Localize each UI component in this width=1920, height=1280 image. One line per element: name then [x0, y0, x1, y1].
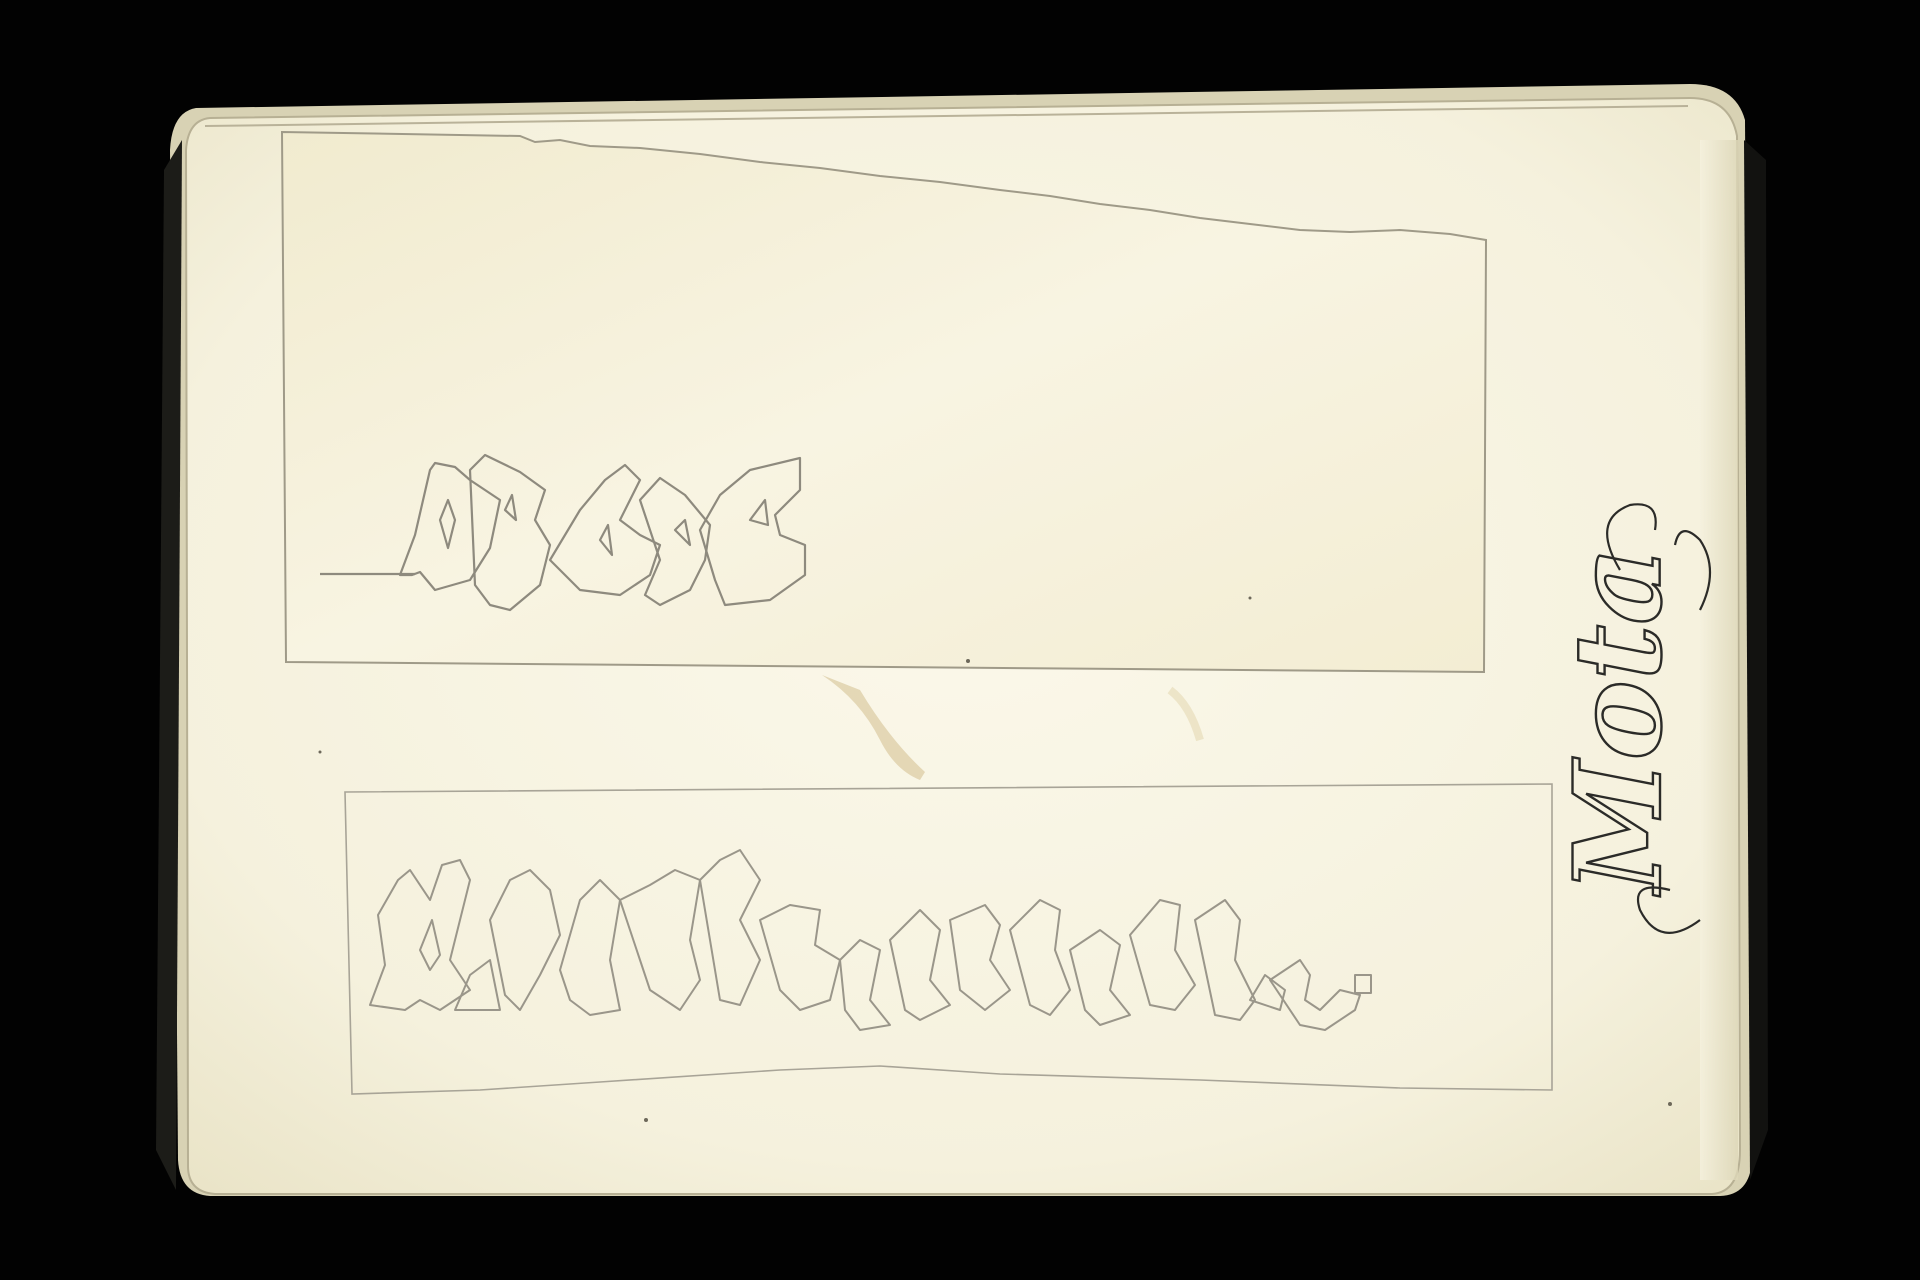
mota-signature: Mota [1548, 504, 1710, 933]
photo-background: Mota [0, 0, 1920, 1280]
signature-text: Mota [1548, 547, 1689, 897]
sketchbook-photo: Mota [0, 0, 1920, 1280]
